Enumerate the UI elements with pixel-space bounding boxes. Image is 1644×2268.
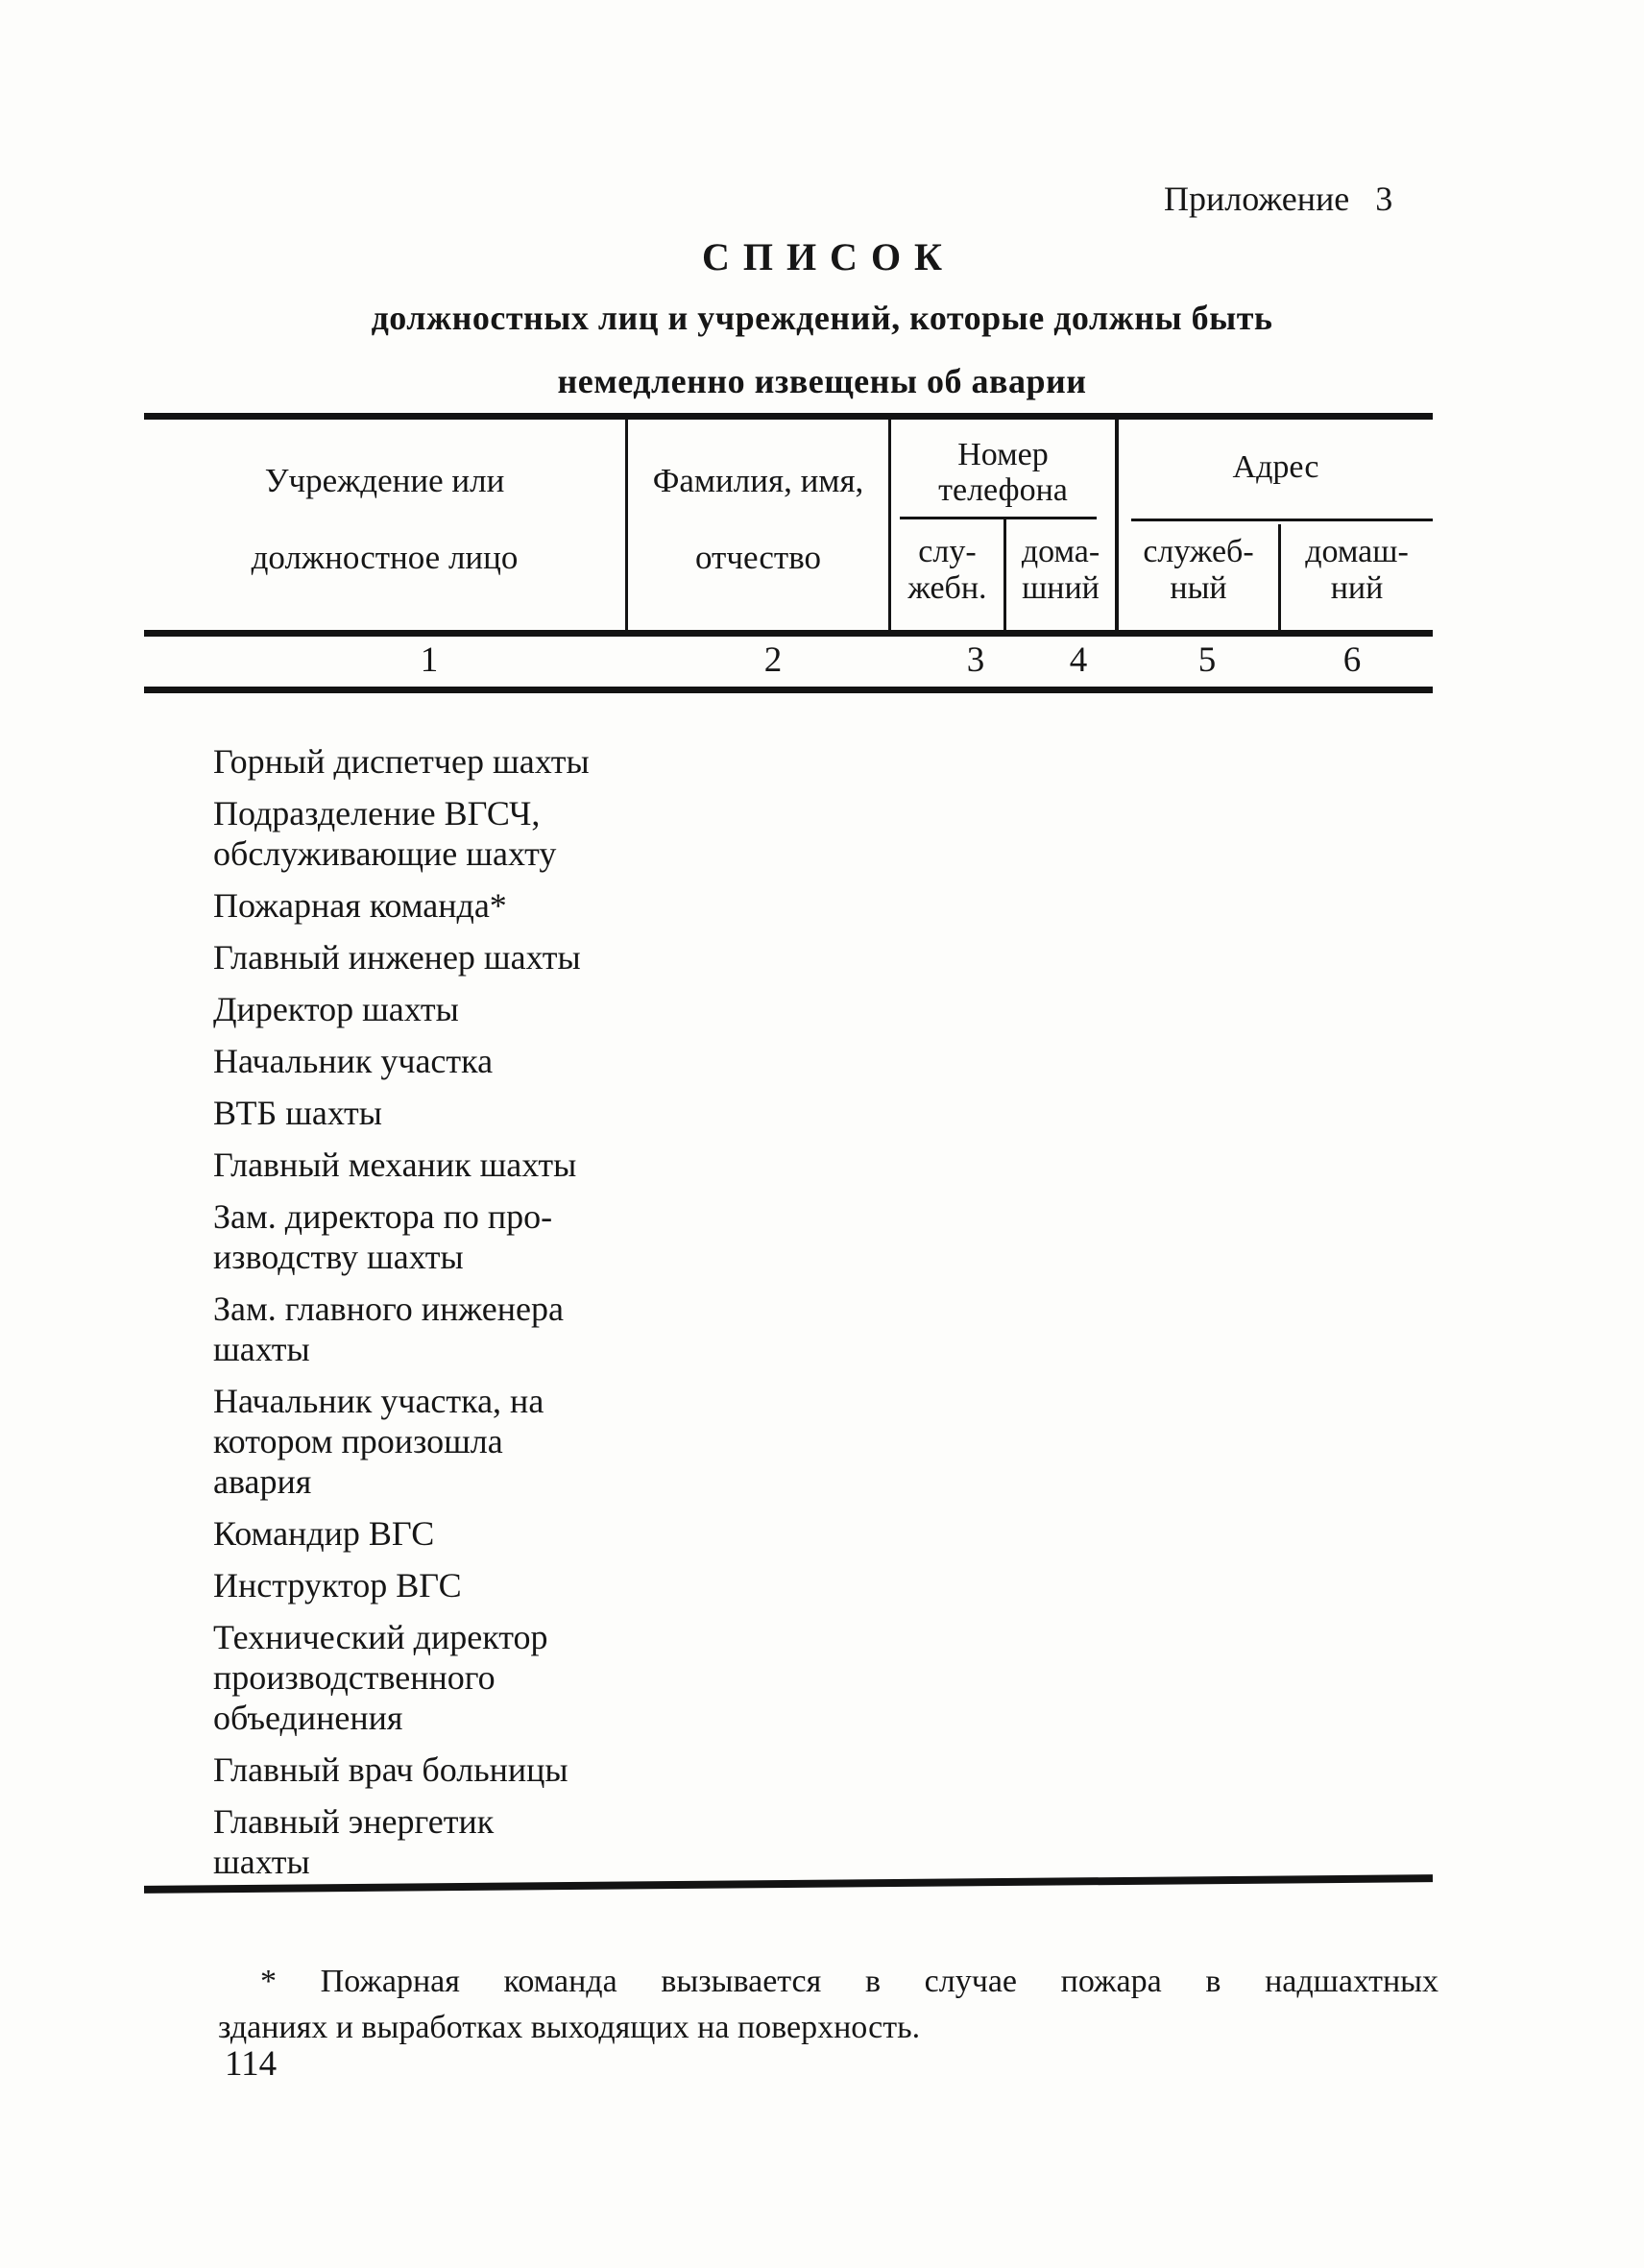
column-number-4: 4 (1070, 639, 1088, 681)
row-line: Главный механик шахты (213, 1145, 737, 1185)
table-row: Инструктор ВГС (213, 1565, 737, 1605)
table-divider-col1-col2 (625, 420, 628, 630)
footnote-line-1: * Пожарная команда вызывается в случае п… (218, 1959, 1438, 2005)
table-header-bottom-rule (144, 630, 1433, 637)
column-number-5: 5 (1198, 639, 1217, 681)
row-line: Начальник участка (213, 1041, 737, 1081)
row-line: Подразделение ВГСЧ, (213, 793, 737, 833)
row-line: авария (213, 1461, 737, 1502)
row-line: котором произошла (213, 1421, 737, 1461)
footnote-line-2: зданиях и выработках выходящих на поверх… (218, 2005, 1438, 2051)
document-subtitle-line-2: немедленно извещены об аварии (0, 361, 1644, 401)
table-row: Технический директор производственного о… (213, 1617, 737, 1738)
header-address-home-line-2: ний (1281, 570, 1433, 607)
row-line: Зам. главного инженера (213, 1289, 737, 1329)
scanned-document-page: Приложение 3 СПИСОК должностных лиц и уч… (0, 0, 1644, 2268)
row-line: Главный врач больницы (213, 1749, 737, 1790)
phone-group-underline (900, 517, 1097, 519)
row-line: обслуживающие шахту (213, 833, 737, 874)
row-line: Технический директор (213, 1617, 737, 1657)
table-row: Зам. директора по про- изводству шахты (213, 1196, 737, 1277)
header-institution-line-1: Учреждение или (144, 463, 625, 499)
page-number: 114 (225, 2043, 277, 2085)
column-number-3: 3 (967, 639, 985, 681)
header-address-work-line-2: ный (1119, 570, 1278, 607)
row-line: Главный энергетик (213, 1801, 737, 1842)
row-line: ВТБ шахты (213, 1093, 737, 1133)
table-row: Зам. главного инженера шахты (213, 1289, 737, 1369)
row-line: Начальник участка, на (213, 1381, 737, 1421)
table-row: ВТБ шахты (213, 1093, 737, 1133)
header-name-line-1: Фамилия, имя, (628, 463, 888, 499)
table-row: Пожарная команда* (213, 885, 737, 926)
header-phone-work-line-2: жебн. (891, 570, 1003, 607)
header-name-line-2: отчество (628, 540, 888, 576)
table-number-row-rule (144, 687, 1433, 693)
table-top-rule (144, 413, 1433, 420)
row-line: шахты (213, 1842, 737, 1882)
table-row: Главный энергетик шахты (213, 1801, 737, 1882)
column-number-1: 1 (421, 639, 439, 681)
header-phone-work-line-1: слу- (891, 534, 1003, 570)
document-subtitle-line-1: должностных лиц и учреждений, которые до… (0, 298, 1644, 338)
table-row: Горный диспетчер шахты (213, 741, 737, 782)
row-line: Главный инженер шахты (213, 937, 737, 977)
address-group-underline (1131, 519, 1433, 521)
table-row: Главный механик шахты (213, 1145, 737, 1185)
table-row: Главный врач больницы (213, 1749, 737, 1790)
table-row: Командир ВГС (213, 1513, 737, 1554)
row-line: Командир ВГС (213, 1513, 737, 1554)
officials-list: Горный диспетчер шахты Подразделение ВГС… (213, 741, 737, 1894)
header-address-work-line-1: служеб- (1119, 534, 1278, 570)
row-line: Горный диспетчер шахты (213, 741, 737, 782)
table-row: Главный инженер шахты (213, 937, 737, 977)
row-line: изводству шахты (213, 1237, 737, 1277)
row-line: Зам. директора по про- (213, 1196, 737, 1237)
document-title: СПИСОК (0, 234, 1644, 279)
row-line: Директор шахты (213, 989, 737, 1029)
header-phone-group-line-1: Номер (891, 437, 1115, 473)
row-line: производственного (213, 1657, 737, 1698)
table-row: Начальник участка (213, 1041, 737, 1081)
table-row: Директор шахты (213, 989, 737, 1029)
table-row: Начальник участка, на котором произошла … (213, 1381, 737, 1502)
header-institution-line-2: должностное лицо (144, 540, 625, 576)
header-phone-home-line-2: шний (1006, 570, 1115, 607)
header-address-home-line-1: домаш- (1281, 534, 1433, 570)
header-phone-group-line-2: телефона (891, 472, 1115, 509)
column-number-2: 2 (764, 639, 783, 681)
header-phone-home-line-1: дома- (1006, 534, 1115, 570)
table-row: Подразделение ВГСЧ, обслуживающие шахту (213, 793, 737, 874)
row-line: объединения (213, 1698, 737, 1738)
appendix-label: Приложение 3 (1164, 179, 1392, 219)
row-line: Инструктор ВГС (213, 1565, 737, 1605)
footnote: * Пожарная команда вызывается в случае п… (218, 1959, 1438, 2051)
column-number-6: 6 (1343, 639, 1362, 681)
row-line: шахты (213, 1329, 737, 1369)
row-line: Пожарная команда* (213, 885, 737, 926)
header-address-group: Адрес (1119, 449, 1433, 486)
